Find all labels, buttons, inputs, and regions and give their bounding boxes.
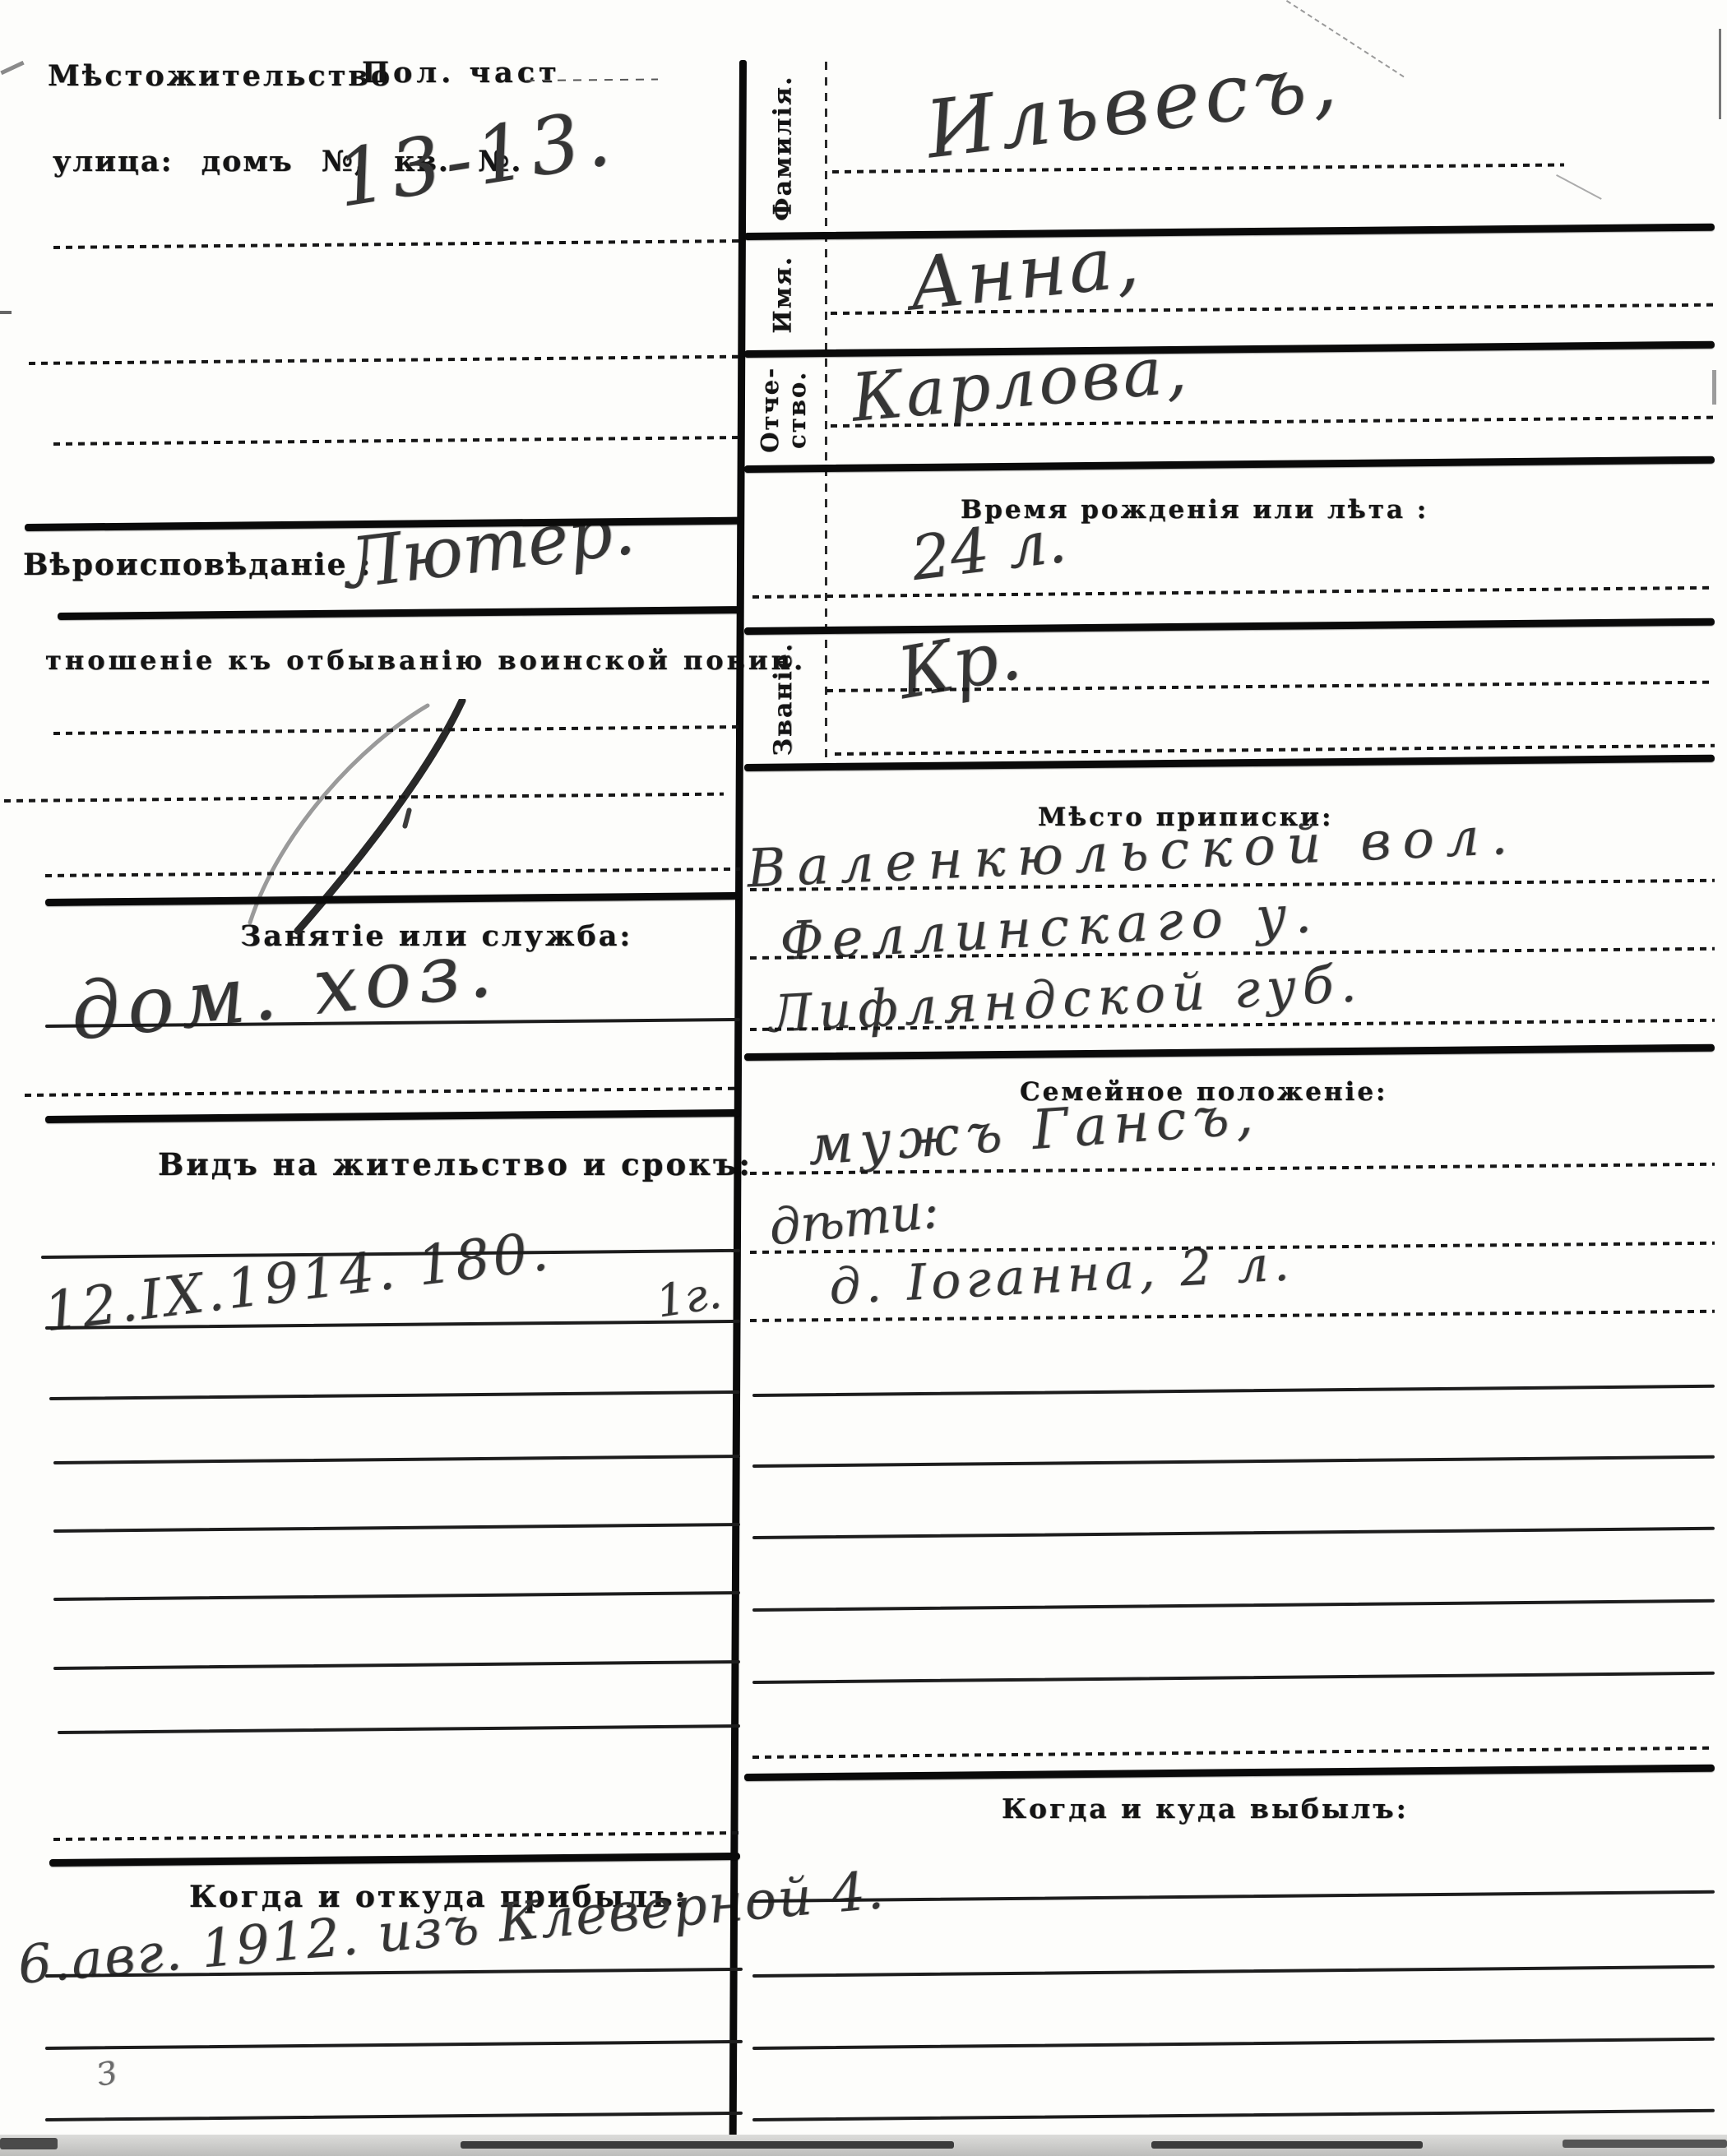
patronymic-label-line1: Отче- — [756, 367, 784, 453]
scan-smudge — [1563, 2140, 1727, 2148]
firstname-label-cell: Имя. — [743, 238, 825, 350]
label-column-divider-line — [825, 62, 827, 766]
police-part-label: Пол. част — [362, 56, 561, 90]
residence-permit-label: Видъ на жительство и срокъ: — [158, 1146, 752, 1182]
patronymic-label-line2: ство. — [783, 370, 811, 448]
religion-label: Вѣроисповѣданіе : — [23, 548, 372, 582]
ruled-line — [53, 1660, 740, 1670]
religion-value: Лютер. — [340, 489, 638, 604]
ruled-line — [53, 1455, 740, 1464]
scan-smudge — [461, 2141, 954, 2149]
residence-label: Мѣстожительство — [48, 59, 392, 93]
paper-edge-mark — [1719, 29, 1721, 119]
ruled-line — [835, 744, 1715, 756]
ruled-line — [29, 355, 740, 365]
surname-value: Ильвесъ, — [921, 35, 1345, 177]
patronymic-label-cell: Отче- ство. — [743, 354, 825, 465]
ruled-line-thick — [744, 1765, 1715, 1781]
ruled-line — [45, 2112, 743, 2121]
ruled-line-thick — [49, 1853, 740, 1867]
ruled-line — [752, 1599, 1715, 1612]
ruled-line-thick — [744, 341, 1715, 358]
ruled-line — [53, 436, 740, 446]
dashed-filler-line — [526, 78, 658, 81]
ruled-line-thick — [744, 1044, 1715, 1061]
ruled-line — [752, 586, 1715, 599]
ruled-line — [53, 1831, 740, 1841]
page-mark: З — [94, 2054, 119, 2093]
paper-edge-mark — [0, 61, 24, 75]
ruled-line — [752, 1527, 1715, 1539]
rank-label: Званіе. — [770, 642, 799, 756]
ruled-line — [53, 239, 740, 249]
ruled-line — [58, 1724, 740, 1734]
scratch-mark — [1556, 174, 1602, 200]
scan-bottom-band — [0, 2135, 1727, 2156]
ruled-line — [45, 2040, 743, 2050]
birth-age-value: 24 л. — [907, 506, 1069, 595]
ruled-line — [752, 1455, 1715, 1468]
rank-label-cell: Званіе. — [743, 633, 825, 765]
street-house-flat-value: 13-13. — [330, 92, 620, 225]
column-divider-line — [729, 60, 747, 2156]
ruled-line-thick — [744, 456, 1715, 473]
ruled-line — [25, 1087, 740, 1097]
scan-smudge — [0, 2138, 58, 2149]
ruled-line-thick — [45, 1109, 740, 1123]
ruled-line — [53, 1591, 740, 1601]
ruled-line — [752, 2109, 1715, 2121]
military-service-label: тношеніе къ отбыванію воинской повин. — [45, 645, 806, 676]
ruled-line — [752, 1965, 1715, 1978]
patronymic-label: Отче- ство. — [757, 367, 812, 453]
surname-label-cell: Фамилія. — [743, 66, 825, 230]
surname-label: Фамилія. — [770, 75, 799, 220]
ruled-line-thick — [744, 618, 1715, 635]
ruled-line — [53, 1523, 740, 1533]
firstname-label: Имя. — [770, 255, 799, 333]
registration-card-scan: Мѣстожительство Пол. част улица: домъ №,… — [0, 0, 1727, 2156]
ruled-line-thick — [744, 224, 1715, 240]
family-children-label-value: дѣти: — [766, 1182, 942, 1256]
ruled-line — [49, 1390, 740, 1400]
paper-edge-mark — [1712, 370, 1716, 405]
scan-smudge — [1151, 2141, 1423, 2149]
ruled-line-thick — [744, 755, 1715, 771]
ruled-line-thick — [58, 606, 740, 620]
departed-label: Когда и куда выбылъ: — [1002, 1793, 1409, 1825]
ruled-line — [752, 1385, 1715, 1397]
ruled-line — [752, 1672, 1715, 1684]
ruled-line — [752, 1890, 1715, 1903]
paper-edge-mark — [0, 311, 12, 314]
ruled-line — [752, 1747, 1715, 1759]
ruled-line — [752, 2038, 1715, 2050]
permit-term-value: 1г. — [653, 1266, 725, 1328]
